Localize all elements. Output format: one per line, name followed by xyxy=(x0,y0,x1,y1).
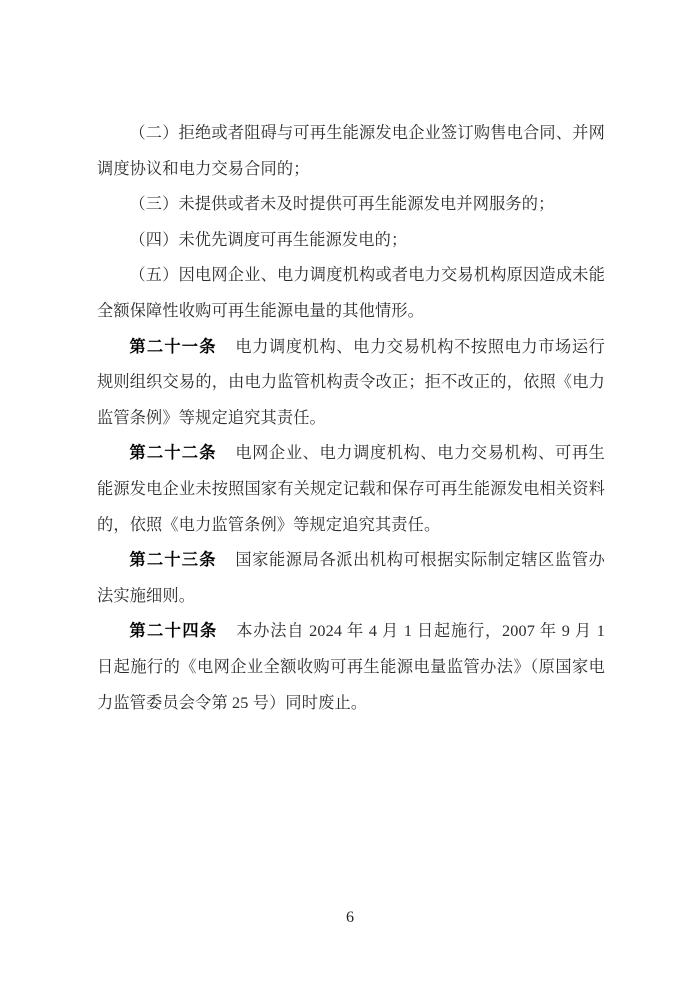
article-23-number: 第二十三条 xyxy=(129,551,216,569)
article-22-paragraph: 第二十二条电网企业、电力调度机构、电力交易机构、可再生能源发电企业未按照国家有关… xyxy=(97,436,605,543)
document-page: （二）拒绝或者阻碍与可再生能源发电企业签订购售电合同、并网调度协议和电力交易合同… xyxy=(0,0,700,990)
page-number: 6 xyxy=(346,909,354,926)
article-24-paragraph: 第二十四条本办法自 2024 年 4 月 1 日起施行，2007 年 9 月 1… xyxy=(97,614,605,721)
clause-item-5: （五）因电网企业、电力调度机构或者电力交易机构原因造成未能全额保障性收购可再生能… xyxy=(97,258,605,329)
article-21-number: 第二十一条 xyxy=(129,338,216,356)
clause-item-4: （四）未优先调度可再生能源发电的； xyxy=(97,223,605,259)
article-21-paragraph: 第二十一条电力调度机构、电力交易机构不按照电力市场运行规则组织交易的，由电力监管… xyxy=(97,330,605,437)
clause-item-2: （二）拒绝或者阻碍与可再生能源发电企业签订购售电合同、并网调度协议和电力交易合同… xyxy=(97,116,605,187)
article-22-number: 第二十二条 xyxy=(129,444,216,462)
clause-item-3: （三）未提供或者未及时提供可再生能源发电并网服务的； xyxy=(97,187,605,223)
article-23-paragraph: 第二十三条国家能源局各派出机构可根据实际制定辖区监管办法实施细则。 xyxy=(97,543,605,614)
document-body: （二）拒绝或者阻碍与可再生能源发电企业签订购售电合同、并网调度协议和电力交易合同… xyxy=(0,0,700,721)
article-24-number: 第二十四条 xyxy=(129,622,217,640)
page-footer: 6 xyxy=(0,906,700,930)
